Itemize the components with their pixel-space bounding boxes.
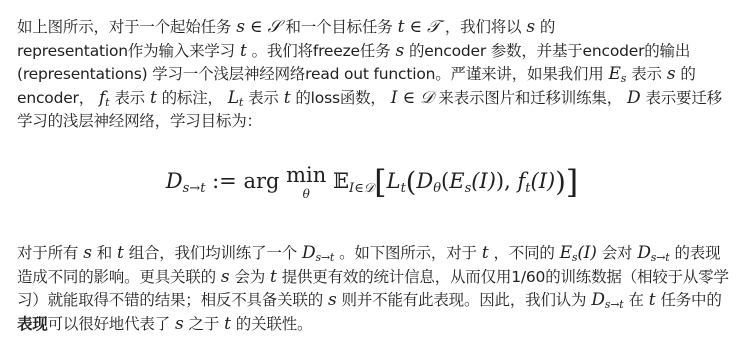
math-symbol: E (560, 243, 572, 263)
eq-subscript: I∈𝒟 (349, 181, 374, 196)
text: 在 (628, 291, 643, 309)
eq-bracket: ] (566, 163, 578, 201)
math-s: s (662, 64, 681, 84)
math-symbol: L (228, 88, 239, 108)
text: 。如下图所示，对于 (339, 244, 477, 262)
math-E-s: Es (604, 64, 632, 84)
eq-D: D (166, 169, 183, 193)
eq-paren: ) (496, 169, 504, 193)
math-s-in-S: s ∈ 𝒮 (231, 17, 285, 37)
text: 对于所有 (17, 244, 78, 262)
text: 则并不能有此表现。因此，我们认为 (342, 291, 587, 309)
eq-paren: ( (441, 169, 449, 193)
math-subscript: t (105, 96, 109, 109)
text: 来表示图片和迁移训练集， (438, 89, 622, 107)
eq-comma: , (504, 169, 517, 193)
math-t: t (477, 243, 494, 263)
math-arg: (I) (577, 243, 596, 263)
math-L-t: Lt (223, 88, 248, 108)
text: 的loss函数， (295, 89, 385, 107)
math-t-in-T: t ∈ 𝒯 (393, 17, 445, 37)
math-t: t (265, 267, 282, 287)
paragraph-results: 对于所有s和t组合，我们均训练了一个Ds→t。如下图所示，对于t，不同的Es(I… (17, 242, 732, 336)
text: 的标注， (162, 89, 223, 107)
text: representation作为输入来学习 (17, 42, 235, 60)
text: 表示 (114, 89, 145, 107)
math-s: s (521, 17, 540, 37)
math-t: t (279, 88, 296, 108)
eq-D-theta: D (416, 169, 433, 193)
text: 可以很好地代表了 (48, 315, 170, 333)
text: 如上图所示，对于一个起始任务 (17, 18, 231, 36)
eq-expectation: 𝔼 (333, 169, 349, 193)
math-t: t (112, 243, 129, 263)
math-s: s (170, 314, 189, 334)
text: 表示 (631, 65, 662, 83)
bold-text: 表现 (17, 315, 48, 333)
eq-paren: ) (555, 167, 566, 198)
math-subscript: t (239, 96, 243, 109)
eq-assign-argmin: := arg (205, 169, 286, 193)
math-t: t (219, 314, 236, 334)
text: 的关联性。 (236, 315, 313, 333)
math-s: s (390, 41, 409, 61)
eq-bracket: [ (374, 163, 386, 201)
eq-arg: (I) (531, 169, 556, 193)
text: 和 (97, 244, 112, 262)
paragraph-setup: 如上图所示，对于一个起始任务s ∈ 𝒮和一个目标任务t ∈ 𝒯，我们将以s的re… (17, 16, 732, 134)
eq-L: L (387, 169, 401, 193)
text: 和一个目标任务 (285, 18, 392, 36)
text: 会为 (234, 268, 265, 286)
math-symbol: D (302, 243, 315, 263)
math-s: s (323, 290, 342, 310)
text: 任务中的 (660, 291, 721, 309)
eq-min: minθ (286, 163, 326, 187)
eq-arg: (I) (471, 169, 496, 193)
math-Es-I: Es(I) (555, 243, 602, 263)
objective-equation: Ds→t := arg minθ 𝔼I∈𝒟[Lt(Dθ(Es(I)), ft(I… (0, 163, 744, 201)
text: 表示 (248, 89, 279, 107)
eq-subscript: θ (433, 181, 441, 196)
text: ，我们将以 (445, 18, 522, 36)
math-subscript: s→t (605, 298, 624, 311)
eq-E: E (449, 169, 464, 193)
text: 会对 (602, 244, 633, 262)
text: 组合，我们均训练了一个 (129, 244, 297, 262)
math-subscript: s→t (651, 251, 670, 264)
text: 。我们将freeze任务 (252, 42, 391, 60)
eq-min-under: θ (286, 187, 326, 201)
math-symbol: D (637, 243, 650, 263)
math-D-s-to-t: Ds→t (586, 290, 628, 310)
eq-min-text: min (286, 163, 326, 187)
math-s: s (216, 267, 235, 287)
math-symbol: D (591, 290, 604, 310)
math-D: D (622, 88, 645, 108)
math-symbol: E (609, 64, 621, 84)
math-s: s (78, 243, 97, 263)
text: 之于 (189, 315, 220, 333)
math-t: t (235, 41, 252, 61)
math-t: t (644, 290, 661, 310)
eq-paren: ( (406, 167, 417, 198)
math-f-t: ft (94, 88, 114, 108)
math-subscript: s (621, 72, 626, 85)
text: ，不同的 (493, 244, 554, 262)
math-D-s-to-t: Ds→t (632, 243, 674, 263)
math-D-s-to-t: Ds→t (297, 243, 339, 263)
math-t: t (145, 88, 162, 108)
math-I-in-D: I ∈ 𝒟 (386, 88, 439, 108)
eq-subscript: s→t (183, 181, 206, 196)
math-subscript: s→t (315, 251, 334, 264)
text: 的 (540, 18, 555, 36)
